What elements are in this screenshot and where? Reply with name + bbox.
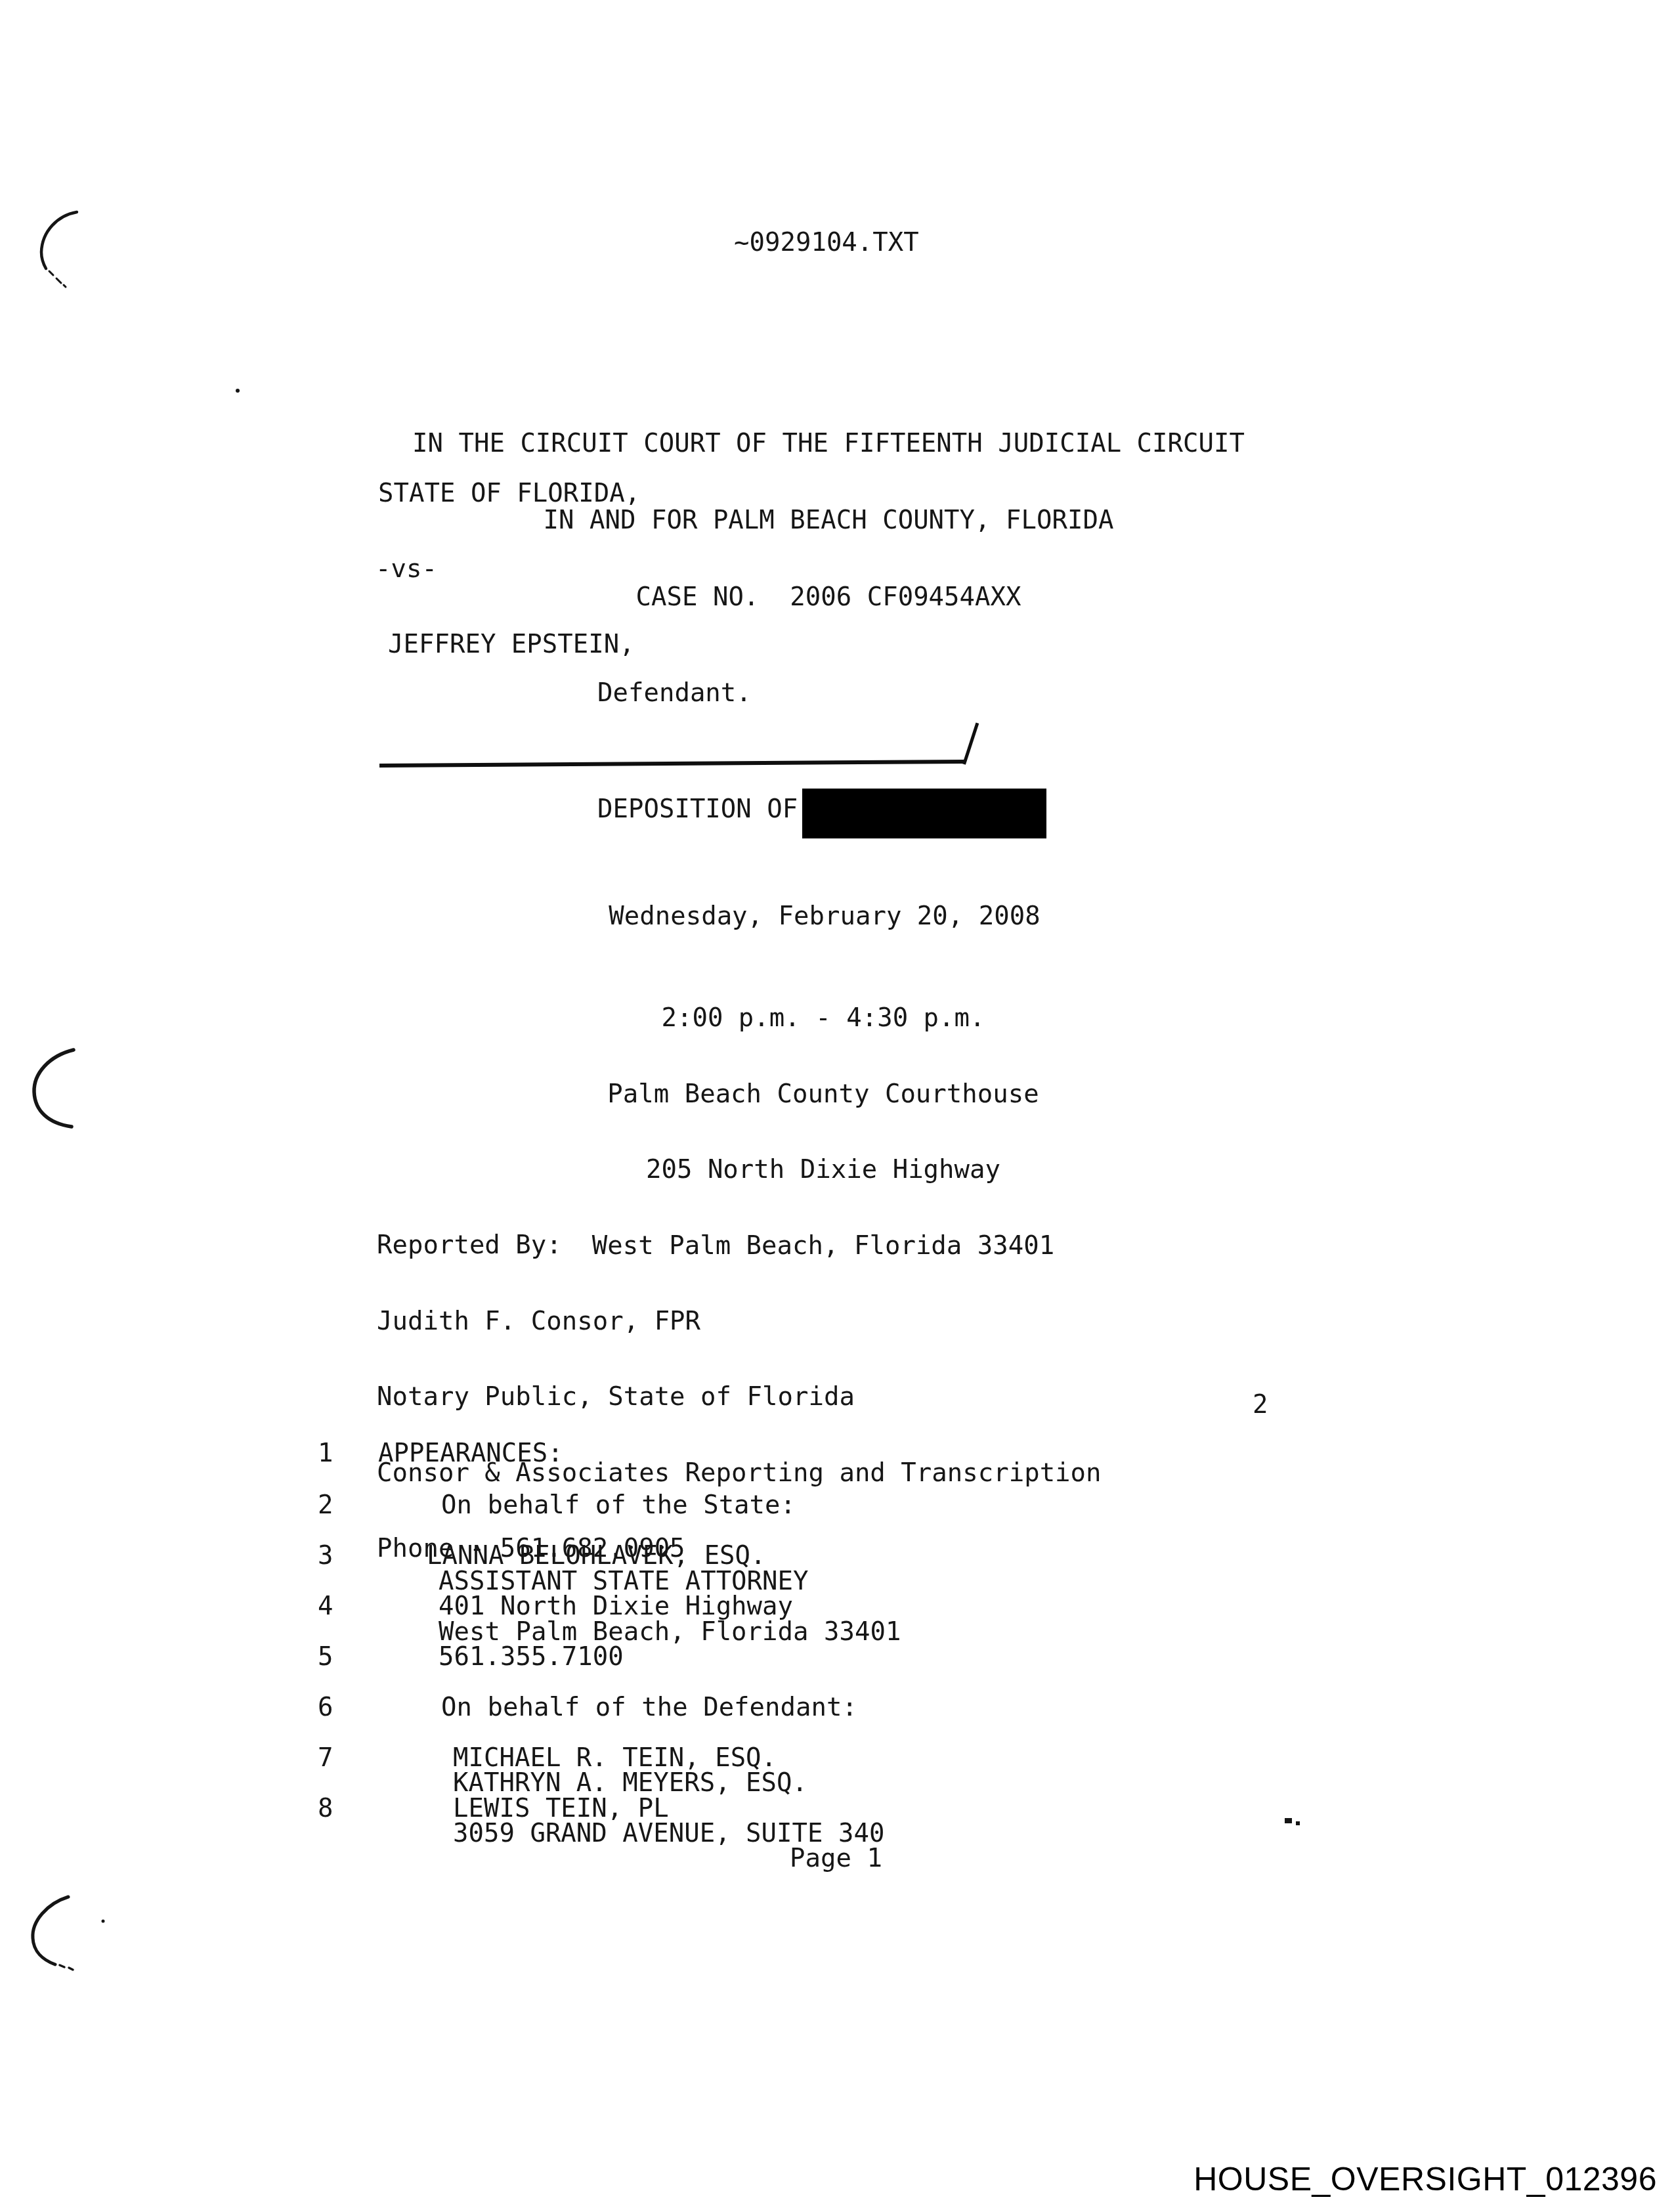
defendant-name: JEFFREY EPSTEIN, bbox=[388, 632, 635, 657]
appearance-text: KATHRYN A. MEYERS, ESQ. bbox=[453, 1770, 807, 1796]
line-number: 1 bbox=[318, 1441, 333, 1466]
appearance-row: KATHRYN A. MEYERS, ESQ. bbox=[0, 1770, 1674, 1796]
line-number: 3 bbox=[318, 1543, 333, 1569]
appearance-row: 8 LEWIS TEIN, PL bbox=[0, 1796, 1674, 1822]
appearance-text: 3059 GRAND AVENUE, SUITE 340 bbox=[453, 1821, 884, 1846]
redaction-box bbox=[802, 789, 1046, 838]
caption-rule-slash bbox=[962, 722, 979, 764]
scan-artifact-arc-bottom-left bbox=[33, 1897, 68, 1964]
transcript-page-number: 2 bbox=[1253, 1392, 1268, 1418]
appearance-text: On behalf of the State: bbox=[441, 1492, 796, 1518]
reporter-label: Reported By: bbox=[377, 1233, 1102, 1259]
defendant-label: Defendant. bbox=[597, 680, 752, 706]
appearance-text: West Palm Beach, Florida 33401 bbox=[439, 1619, 901, 1645]
scan-artifact-arc-top-left bbox=[41, 212, 77, 269]
appearance-text: 561.355.7100 bbox=[439, 1644, 624, 1670]
court-heading-line-2: IN AND FOR PALM BEACH COUNTY, FLORIDA bbox=[0, 508, 1657, 533]
appearance-text: On behalf of the Defendant: bbox=[441, 1695, 857, 1720]
appearance-text: 401 North Dixie Highway bbox=[439, 1594, 793, 1619]
appearance-row: 6 On behalf of the Defendant: bbox=[0, 1695, 1674, 1721]
appearance-text: MICHAEL R. TEIN, ESQ. bbox=[453, 1745, 777, 1771]
versus-label: -vs- bbox=[376, 556, 437, 582]
text-page-footer: Page 1 bbox=[790, 1846, 882, 1871]
session-date: Wednesday, February 20, 2008 bbox=[0, 903, 1649, 929]
appearance-row: 3059 GRAND AVENUE, SUITE 340 bbox=[0, 1821, 1674, 1847]
deposition-label: DEPOSITION OF bbox=[597, 796, 798, 822]
appearance-text: LANNA BELOHLAVEK, ESQ. bbox=[427, 1543, 766, 1569]
scanned-document-page: ~0929104.TXT IN THE CIRCUIT COURT OF THE… bbox=[0, 0, 1674, 2212]
line-number: 8 bbox=[318, 1796, 333, 1821]
session-time: 2:00 p.m. - 4:30 p.m. bbox=[0, 1006, 1646, 1031]
appearance-row: 3 LANNA BELOHLAVEK, ESQ. bbox=[0, 1543, 1674, 1569]
court-heading-line-1: IN THE CIRCUIT COURT OF THE FIFTEENTH JU… bbox=[0, 431, 1657, 456]
appearance-row: 1 APPEARANCES: bbox=[0, 1441, 1674, 1467]
reporter-name: Judith F. Consor, FPR bbox=[377, 1309, 1102, 1335]
appearance-row: ASSISTANT STATE ATTORNEY bbox=[0, 1569, 1674, 1595]
scan-artifact-dot-2 bbox=[102, 1920, 105, 1923]
line-number: 5 bbox=[318, 1644, 333, 1670]
appearance-row: 4 401 North Dixie Highway bbox=[0, 1594, 1674, 1620]
appearance-text: LEWIS TEIN, PL bbox=[453, 1796, 669, 1821]
bates-number: HOUSE_OVERSIGHT_012396 bbox=[1182, 2163, 1657, 2196]
appearance-row: 5 561.355.7100 bbox=[0, 1644, 1674, 1670]
court-heading: IN THE CIRCUIT COURT OF THE FIFTEENTH JU… bbox=[0, 380, 1657, 661]
appearance-row: West Palm Beach, Florida 33401 bbox=[0, 1619, 1674, 1645]
case-number-line: CASE NO. 2006 CF09454AXX bbox=[0, 584, 1657, 610]
scan-artifact-arc-top-left-dashes bbox=[49, 271, 66, 287]
line-number: 7 bbox=[318, 1745, 333, 1771]
scan-artifact-arc-bottom-left-dashes bbox=[60, 1965, 73, 1970]
session-venue: Palm Beach County Courthouse bbox=[0, 1082, 1646, 1108]
appearances-heading: APPEARANCES: bbox=[378, 1441, 563, 1466]
appearance-row: 7 MICHAEL R. TEIN, ESQ. bbox=[0, 1745, 1674, 1771]
caption-rule-line bbox=[379, 760, 964, 768]
appearance-text: ASSISTANT STATE ATTORNEY bbox=[439, 1569, 809, 1594]
appearance-row: 2 On behalf of the State: bbox=[0, 1492, 1674, 1519]
reporter-title: Notary Public, State of Florida bbox=[377, 1385, 1102, 1410]
plaintiff-name: STATE OF FLORIDA, bbox=[378, 481, 640, 506]
line-number: 2 bbox=[318, 1492, 333, 1518]
line-number: 4 bbox=[318, 1594, 333, 1619]
session-address: 205 North Dixie Highway bbox=[0, 1158, 1646, 1183]
line-number: 6 bbox=[318, 1695, 333, 1720]
file-title: ~0929104.TXT bbox=[734, 230, 919, 255]
